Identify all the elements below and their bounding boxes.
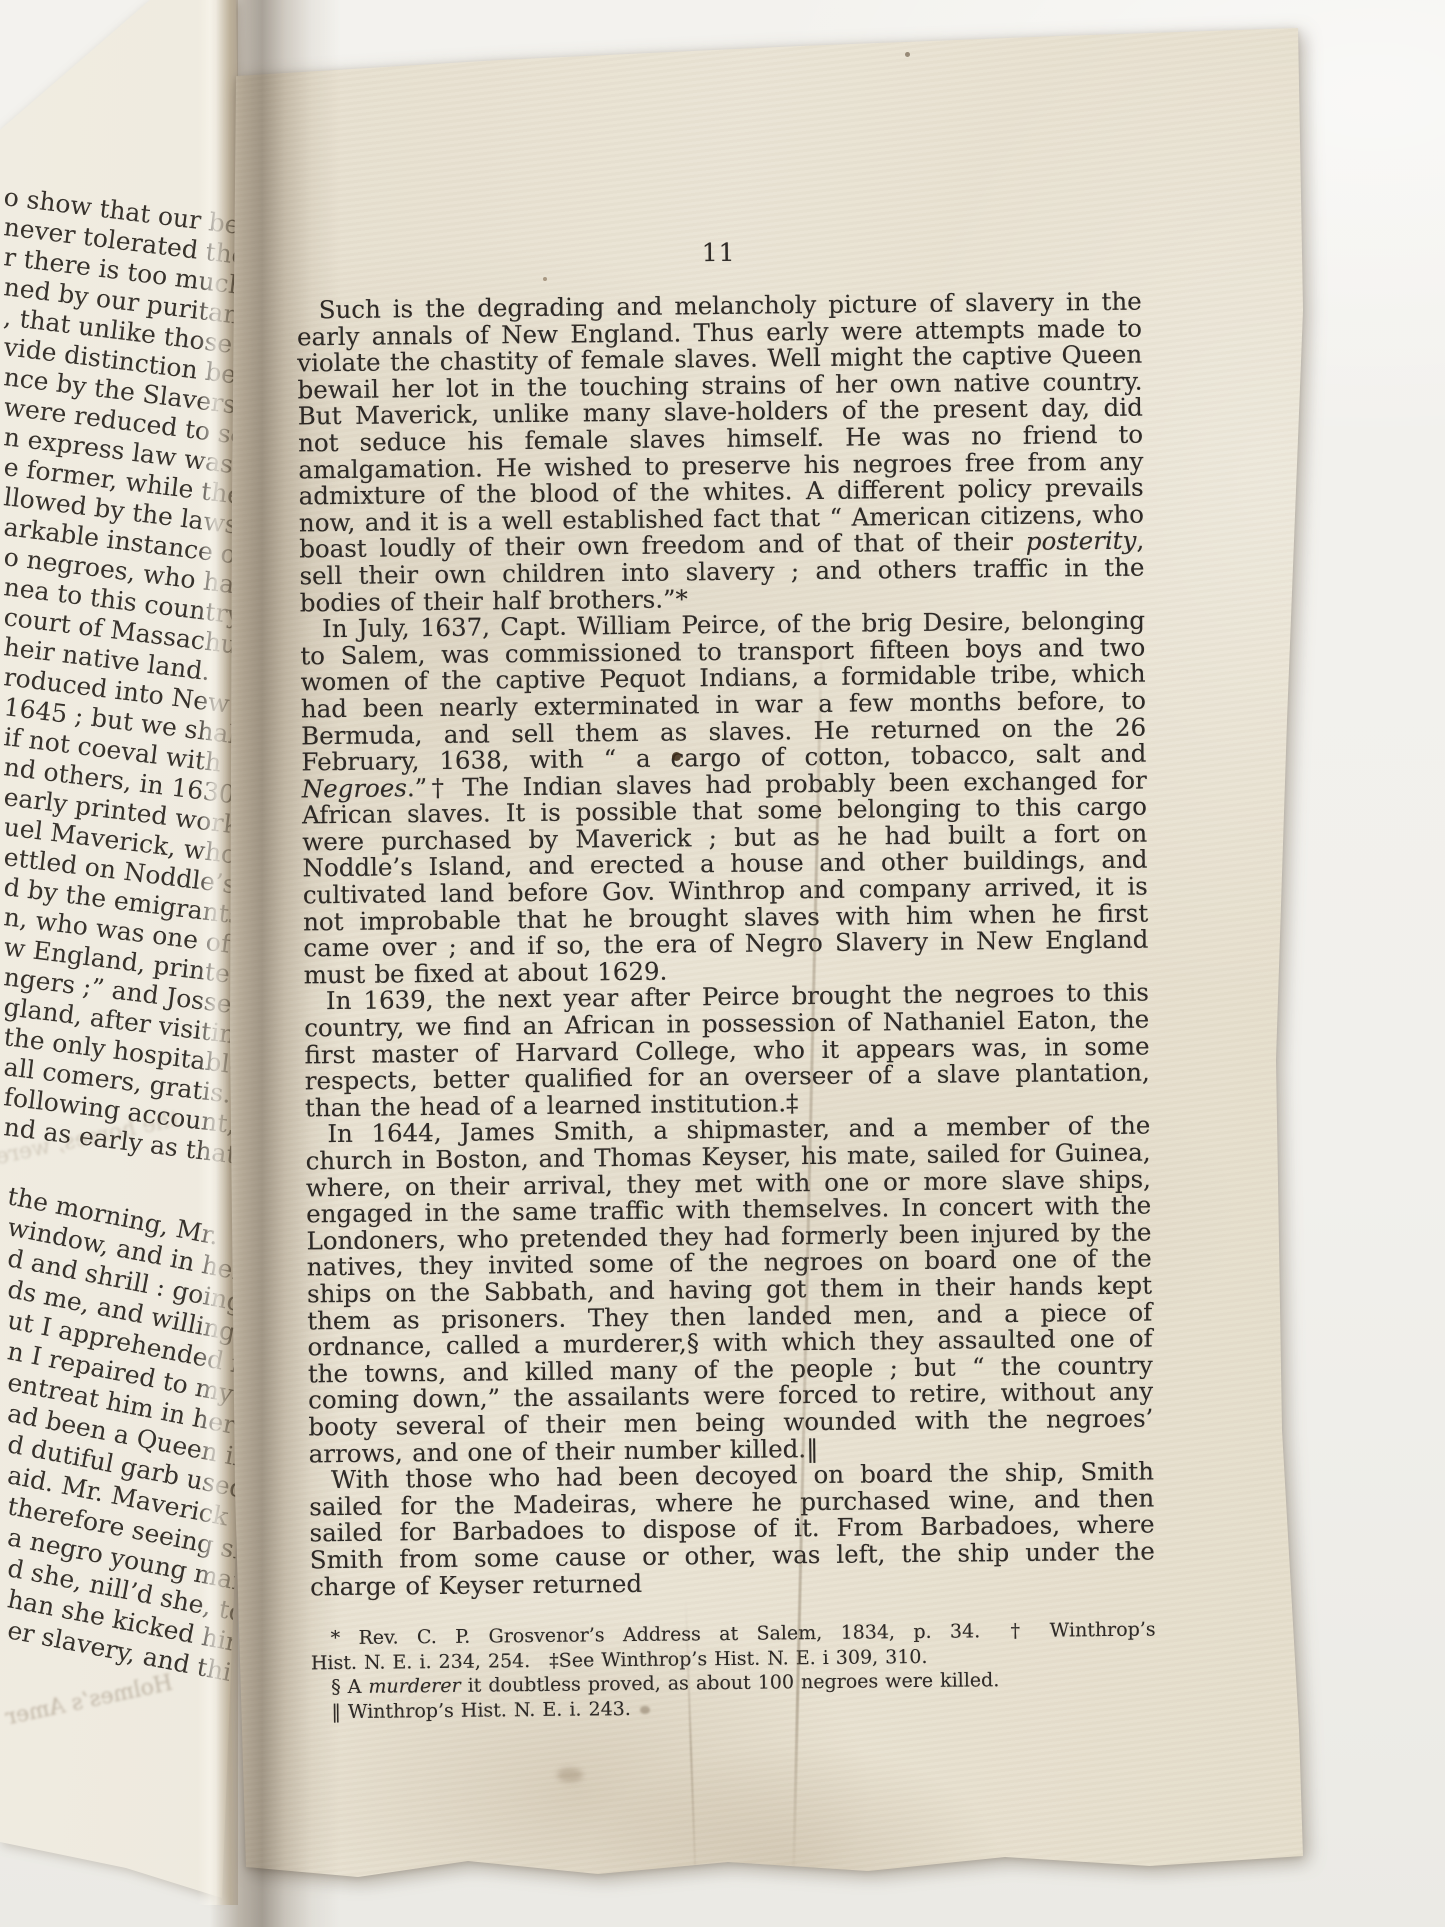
- foxing-spot: [672, 752, 681, 761]
- foxing-spot: [905, 52, 910, 57]
- body-paragraph: Such is the degrading and melancholy pic…: [297, 289, 1145, 617]
- body-paragraph: In 1644, James Smith, a shipmaster, and …: [305, 1113, 1154, 1468]
- body-paragraph: In July, 1637, Capt. William Peirce, of …: [300, 608, 1149, 989]
- foxing-spot: [640, 1706, 650, 1714]
- footnotes: * Rev. C. P. Grosvenor’s Address at Sale…: [311, 1618, 1157, 1725]
- body-text: Such is the degrading and melancholy pic…: [297, 289, 1156, 1601]
- body-paragraph: With those who had been decoyed on board…: [309, 1459, 1155, 1601]
- text-column: 11 Such is the degrading and melancholy …: [296, 234, 1156, 1725]
- main-page: 11 Such is the degrading and melancholy …: [0, 0, 1445, 1927]
- main-page-wrap: 11 Such is the degrading and melancholy …: [0, 0, 1445, 1927]
- book-photo: o show that our be-never tolerated ther …: [0, 0, 1445, 1927]
- foxing-spot: [557, 1768, 583, 1782]
- page-number: 11: [296, 234, 1141, 272]
- body-paragraph: In 1639, the next year after Peirce brou…: [304, 980, 1150, 1122]
- foxing-spot: [543, 277, 547, 281]
